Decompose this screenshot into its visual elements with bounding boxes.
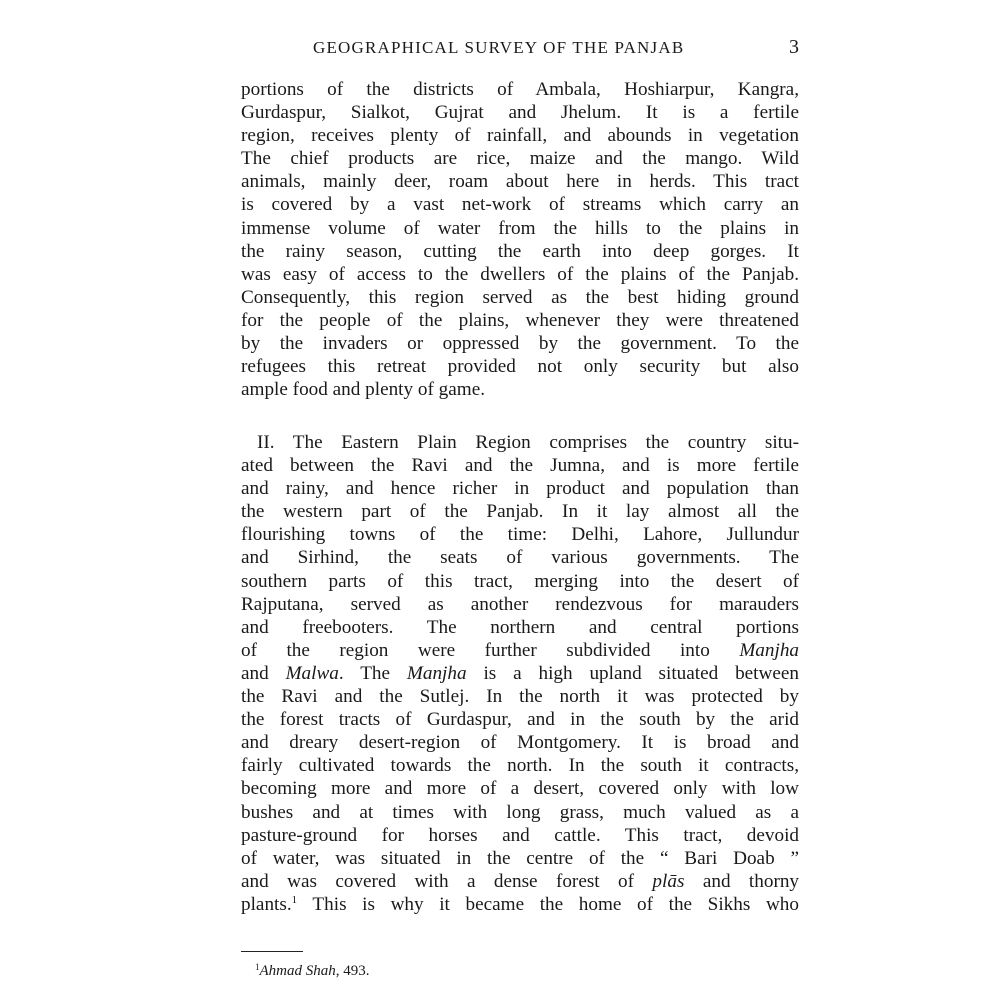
text-line: ated between the Ravi and the Jumna, and… bbox=[241, 454, 799, 477]
term-malwa: Malwa bbox=[286, 663, 339, 684]
text-line: is covered by a vast net-work of streams… bbox=[241, 193, 799, 216]
text-line: II. The Eastern Plain Region comprises t… bbox=[241, 431, 799, 454]
text-line: flourishing towns of the time: Delhi, La… bbox=[241, 523, 799, 546]
text-line: and dreary desert-region of Montgomery. … bbox=[241, 731, 799, 754]
footnote-source: Ahmad Shah bbox=[260, 963, 336, 979]
running-title: GEOGRAPHICAL SURVEY OF THE PANJAB bbox=[313, 38, 684, 58]
book-page: GEOGRAPHICAL SURVEY OF THE PANJAB 3 port… bbox=[0, 0, 1000, 1000]
page-number: 3 bbox=[789, 36, 799, 59]
text-line: of water, was situated in the centre of … bbox=[241, 847, 799, 870]
term-plas: plās bbox=[652, 871, 684, 892]
text-line: region, receives plenty of rainfall, and… bbox=[241, 124, 799, 147]
text-line: animals, mainly deer, roam about here in… bbox=[241, 170, 799, 193]
text-line: was easy of access to the dwellers of th… bbox=[241, 263, 799, 286]
text-line-mixed: and Malwa. The Manjha is a high upland s… bbox=[241, 662, 799, 685]
running-head: GEOGRAPHICAL SURVEY OF THE PANJAB 3 bbox=[241, 38, 799, 62]
text-line: fairly cultivated towards the north. In … bbox=[241, 754, 799, 777]
text-segment: of the region were further subdivided in… bbox=[241, 640, 710, 661]
text-line: refugees this retreat provided not only … bbox=[241, 355, 799, 378]
text-segment: . The bbox=[339, 663, 390, 684]
text-line: the forest tracts of Gurdaspur, and in t… bbox=[241, 708, 799, 731]
footnote: 1Ahmad Shah, 493. bbox=[255, 963, 370, 980]
text-line: the rainy season, cutting the earth into… bbox=[241, 240, 799, 263]
text-segment: This is why it became the home of the Si… bbox=[312, 894, 799, 915]
text-line: and rainy, and hence richer in product a… bbox=[241, 477, 799, 500]
text-segment: plants. bbox=[241, 894, 292, 915]
text-line: by the invaders or oppressed by the gove… bbox=[241, 332, 799, 355]
text-line: Gurdaspur, Sialkot, Gujrat and Jhelum. I… bbox=[241, 101, 799, 124]
footnote-page-ref: , 493. bbox=[336, 963, 370, 979]
footnote-reference: 1 bbox=[292, 894, 298, 906]
term-manjha: Manjha bbox=[407, 663, 467, 684]
text-segment: and thorny bbox=[703, 871, 799, 892]
text-line: Consequently, this region served as the … bbox=[241, 286, 799, 309]
text-line: and freebooters. The northern and centra… bbox=[241, 616, 799, 639]
text-line-mixed: and was covered with a dense forest of p… bbox=[241, 870, 799, 893]
term-manjha: Manjha bbox=[739, 640, 799, 661]
text-line: southern parts of this tract, merging in… bbox=[241, 570, 799, 593]
text-line: immense volume of water from the hills t… bbox=[241, 217, 799, 240]
text-line: becoming more and more of a desert, cove… bbox=[241, 777, 799, 800]
text-segment: and bbox=[241, 663, 269, 684]
text-segment: is a high upland situated between bbox=[483, 663, 799, 684]
text-line: portions of the districts of Ambala, Hos… bbox=[241, 78, 799, 101]
text-line: the Ravi and the Sutlej. In the north it… bbox=[241, 685, 799, 708]
text-line: for the people of the plains, whenever t… bbox=[241, 309, 799, 332]
text-line: bushes and at times with long grass, muc… bbox=[241, 801, 799, 824]
text-line: ample food and plenty of game. bbox=[241, 378, 799, 401]
text-line: the western part of the Panjab. In it la… bbox=[241, 500, 799, 523]
text-line: and Sirhind, the seats of various govern… bbox=[241, 546, 799, 569]
paragraph-eastern-plain-region: II. The Eastern Plain Region comprises t… bbox=[241, 431, 799, 916]
footnote-divider bbox=[241, 951, 303, 952]
text-line: Rajputana, served as another rendezvous … bbox=[241, 593, 799, 616]
text-line-mixed: plants.1 This is why it became the home … bbox=[241, 893, 799, 916]
text-line: pasture-ground for horses and cattle. Th… bbox=[241, 824, 799, 847]
text-line: The chief products are rice, maize and t… bbox=[241, 147, 799, 170]
text-segment: and was covered with a dense forest of bbox=[241, 871, 634, 892]
text-line-mixed: of the region were further subdivided in… bbox=[241, 639, 799, 662]
paragraph-hill-region: portions of the districts of Ambala, Hos… bbox=[241, 78, 799, 401]
